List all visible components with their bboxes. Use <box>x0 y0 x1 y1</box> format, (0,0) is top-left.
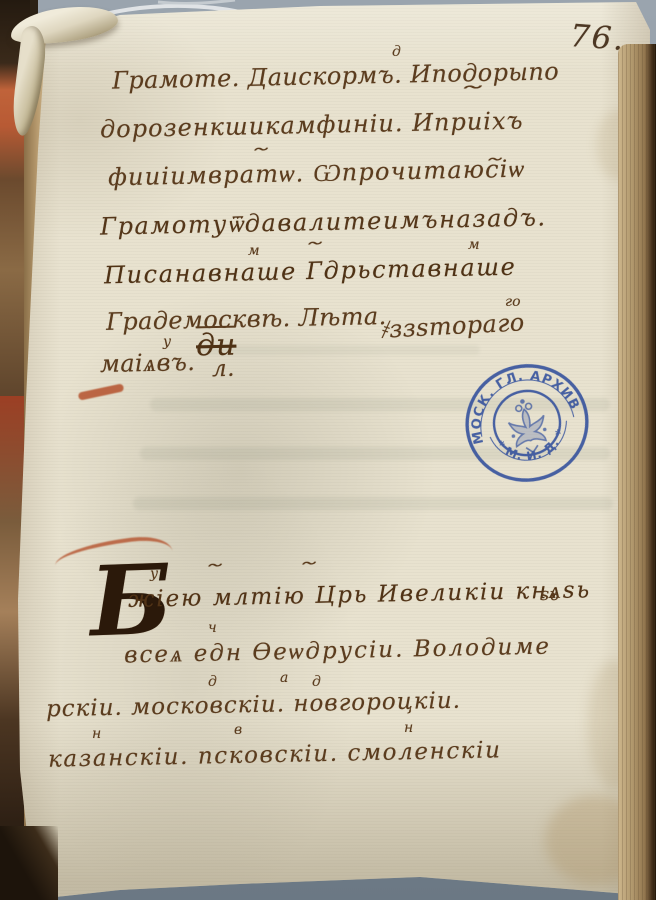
text-line: всеѧ едн Ѳеѡдрусіи. Володиме <box>124 634 551 669</box>
bleedthrough-line <box>200 345 480 355</box>
superscript-mark: у <box>163 334 171 350</box>
superscript-mark: н <box>404 720 413 736</box>
superscript-mark: го <box>505 294 521 310</box>
text-line: казанскіи. псковскіи. смоленскіи <box>48 737 502 772</box>
text-line: рскіи. московскіи. новгороцкіи. <box>46 688 461 723</box>
text-line: Грамотуѿдавалитеимъназадъ. <box>100 203 547 241</box>
superscript-mark: м <box>248 243 260 259</box>
fore-edge-pages <box>618 44 656 900</box>
superscript-mark: ч <box>208 620 217 636</box>
superscript-mark: н <box>92 726 101 742</box>
text-line: Градемосквѣ. Лѣта. <box>106 302 387 336</box>
superscript-mark: у <box>150 566 158 582</box>
text-line: Грамоте. Даискормъ. Иподорыпо <box>112 57 560 94</box>
superscript-mark: д <box>208 674 217 690</box>
superscript-mark: д <box>312 674 321 690</box>
titlo-mark: ˜ <box>454 84 480 109</box>
superscript-mark: а <box>280 670 288 686</box>
superscript-mark: м <box>468 237 480 253</box>
text-line: фииіимвратѡ. Ѡпрочитаюсіѡ <box>108 155 526 193</box>
titlo-mark: ˜ <box>201 560 221 584</box>
red-ink-dash <box>78 383 125 400</box>
superscript-mark: д <box>392 44 401 60</box>
manuscript-page: 76. Грамоте. Даискормъ. Иподорыпо дорозе… <box>0 0 656 900</box>
day-suffix: л. <box>212 356 235 382</box>
superscript-mark: в <box>234 722 242 738</box>
titlo-mark: ˜ <box>295 558 315 582</box>
titlo-mark: ˜ <box>301 238 321 262</box>
book-edge-corner <box>0 826 58 900</box>
bleedthrough-line <box>133 497 613 510</box>
titlo-mark: ˜ <box>481 154 501 178</box>
titlo-mark: ˜ <box>247 144 267 168</box>
text-line: жіею млтію Црь Ивеликіи кнѧѕь <box>128 577 592 613</box>
superscript-mark: ѕь <box>540 584 559 605</box>
manuscript-photo: 76. Грамоте. Даискормъ. Иподорыпо дорозе… <box>0 0 656 900</box>
text-line-year: ҂ззѕтораго <box>381 308 525 344</box>
text-line: дорозенкшикамфиніи. Иприіхъ <box>100 107 524 144</box>
text-line-month: маіѧвъ. <box>100 348 196 379</box>
archive-stamp: МОСК. ГЛ. АРХИВЪ * М. И. Д. * <box>450 349 605 498</box>
